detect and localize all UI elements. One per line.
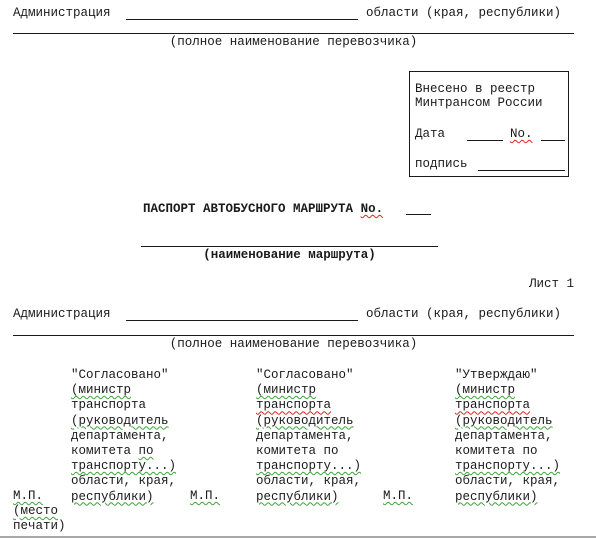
approval-line: транспорта: [256, 398, 361, 413]
approval-line: департамента,: [256, 429, 361, 444]
approval-line: транспорта: [71, 398, 176, 413]
admin-label: Администрация: [13, 7, 111, 20]
route-caption: (наименование маршрута): [141, 249, 438, 262]
approval-line: транспорту...): [71, 459, 176, 474]
admin-name-field[interactable]: [126, 19, 358, 20]
carrier-caption-2: (полное наименование перевозчика): [13, 338, 574, 351]
admin-name-field-2[interactable]: [126, 320, 358, 321]
passport-title: ПАСПОРТ АВТОБУСНОГО МАРШРУТА No.: [143, 203, 383, 216]
admin-label-2: Администрация: [13, 308, 111, 321]
approval-line: комитета по: [455, 444, 560, 459]
approval-line: (руководитель: [455, 414, 560, 429]
approval-line: комитета по: [256, 444, 361, 459]
stamp-label-1: М.П.: [13, 490, 43, 503]
passport-number-field[interactable]: [406, 214, 431, 215]
approval-line: области, края,: [455, 474, 560, 489]
approval-line: транспорту...): [256, 459, 361, 474]
registry-number-label: No.: [510, 128, 533, 141]
route-name-field[interactable]: [141, 246, 438, 247]
approval-title-1: "Согласовано": [71, 368, 176, 383]
approval-line: (министр: [256, 383, 361, 398]
stamp-label-2: М.П.: [190, 490, 220, 503]
carrier-name-field[interactable]: [13, 33, 574, 34]
passport-number-label: No.: [361, 202, 384, 216]
registry-box: Внесено в реестр Минтрансом России Дата …: [409, 71, 569, 177]
approval-line: республики): [256, 490, 361, 505]
stamp-place-line1: (место: [13, 505, 58, 518]
signature-field[interactable]: [478, 170, 565, 171]
approval-line: области, края,: [256, 474, 361, 489]
stamp-label-3: М.П.: [383, 490, 413, 503]
approval-line: республики): [71, 490, 176, 505]
approval-block-2: "Согласовано" (министр транспорта (руков…: [256, 368, 361, 505]
approval-line: (министр: [71, 383, 176, 398]
signature-label: подпись: [415, 158, 468, 171]
passport-title-text: ПАСПОРТ АВТОБУСНОГО МАРШРУТА: [143, 202, 353, 216]
sheet-label: Лист 1: [529, 278, 574, 291]
approval-line: транспорту...): [455, 459, 560, 474]
approval-line: (руководитель: [256, 414, 361, 429]
approval-line: (министр: [455, 383, 560, 398]
date-label: Дата: [415, 128, 445, 141]
approval-line: комитета по: [71, 444, 176, 459]
approval-line: (руководитель: [71, 414, 176, 429]
region-label: области (края, республики): [366, 7, 561, 20]
registry-line1: Внесено в реестр: [415, 83, 535, 96]
registry-number-field[interactable]: [541, 140, 565, 141]
approval-line: транспорта: [455, 398, 560, 413]
approval-title-3: "Утверждаю": [455, 368, 560, 383]
approval-block-3: "Утверждаю" (министр транспорта (руковод…: [455, 368, 560, 505]
stamp-place-line2: печати): [13, 520, 66, 533]
approval-block-1: "Согласовано" (министр транспорта (руков…: [71, 368, 176, 505]
approval-title-2: "Согласовано": [256, 368, 361, 383]
date-field[interactable]: [467, 140, 503, 141]
carrier-name-field-2[interactable]: [13, 335, 574, 336]
region-label-2: области (края, республики): [366, 308, 561, 321]
approval-line: департамента,: [455, 429, 560, 444]
carrier-caption: (полное наименование перевозчика): [13, 36, 574, 49]
approval-line: республики): [455, 490, 560, 505]
approval-line: области, края,: [71, 474, 176, 489]
registry-line2: Минтрансом России: [415, 97, 543, 110]
approval-line: департамента,: [71, 429, 176, 444]
